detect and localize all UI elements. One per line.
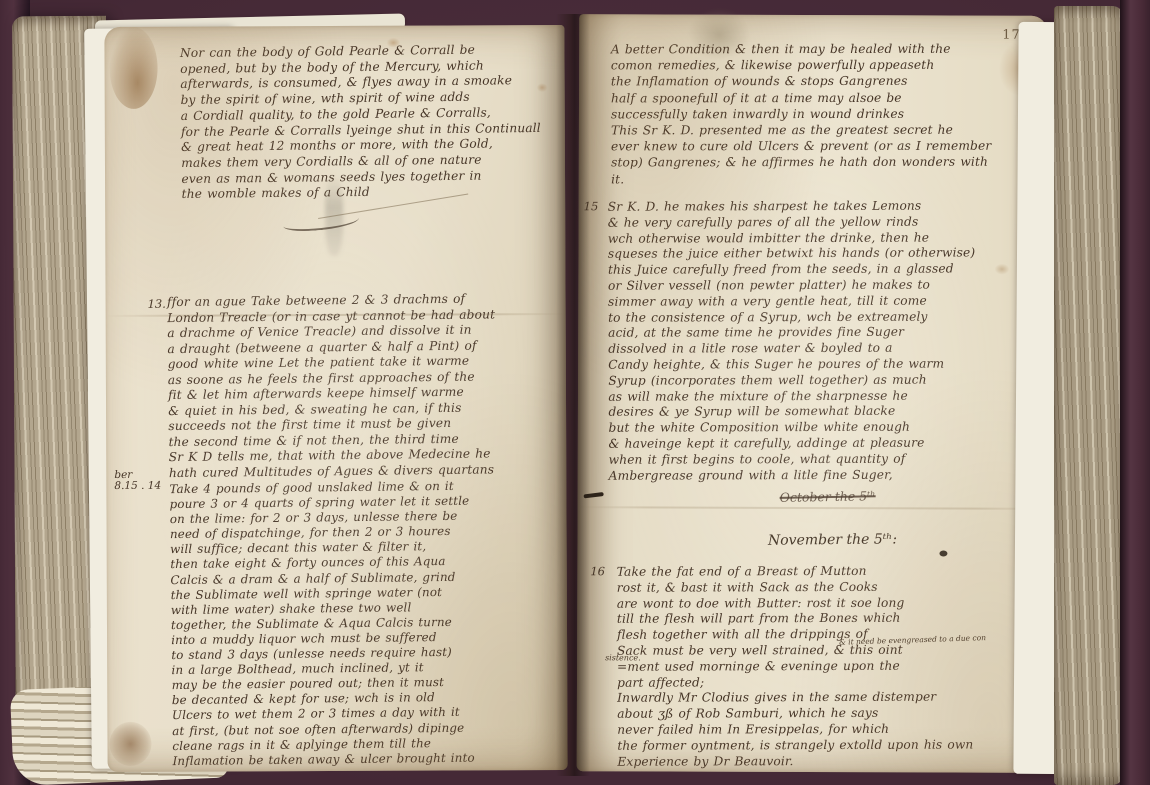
margin-number-16: 16 xyxy=(590,566,605,578)
manuscript-paragraph: Take 4 pounds of good unslaked lime & on… xyxy=(169,478,568,769)
manuscript-paragraph: ffor an ague Take betweene 2 & 3 drachms… xyxy=(167,291,561,481)
manuscript-paragraph: Nor can the body of Gold Pearle & Corral… xyxy=(180,42,568,203)
right-manuscript-page: 179 A better Condition & then it may be … xyxy=(577,14,1048,773)
manuscript-paragraph: Sr K. D. he makes his sharpest he takes … xyxy=(608,198,1025,484)
left-manuscript-page: Nor can the body of Gold Pearle & Corral… xyxy=(104,25,567,772)
stain xyxy=(109,27,157,109)
struck-date-line: October the 5ᵗʰ xyxy=(716,487,940,506)
fold-crease xyxy=(578,506,1046,510)
interlinear-note: sistence. xyxy=(605,653,641,662)
ink-dot xyxy=(939,550,947,556)
margin-number-13: 13. xyxy=(148,299,166,311)
pen-flourish xyxy=(283,211,360,233)
margin-date-and-number-14: ber 8.15 . 14 xyxy=(114,470,161,492)
date-heading: November the 5ᵗʰ: xyxy=(705,531,959,550)
photograph-backdrop: Nor can the body of Gold Pearle & Corral… xyxy=(0,0,1150,785)
book-cover-right xyxy=(1120,0,1150,785)
right-fore-edge-pages xyxy=(1054,6,1124,785)
stain xyxy=(109,722,151,766)
manuscript-paragraph: A better Condition & then it may be heal… xyxy=(611,41,1027,188)
manuscript-paragraph: Take the fat end of a Breast of Mutton r… xyxy=(617,563,1032,770)
margin-number-15: 15 xyxy=(584,201,599,213)
ink-dash-mark xyxy=(583,492,603,498)
